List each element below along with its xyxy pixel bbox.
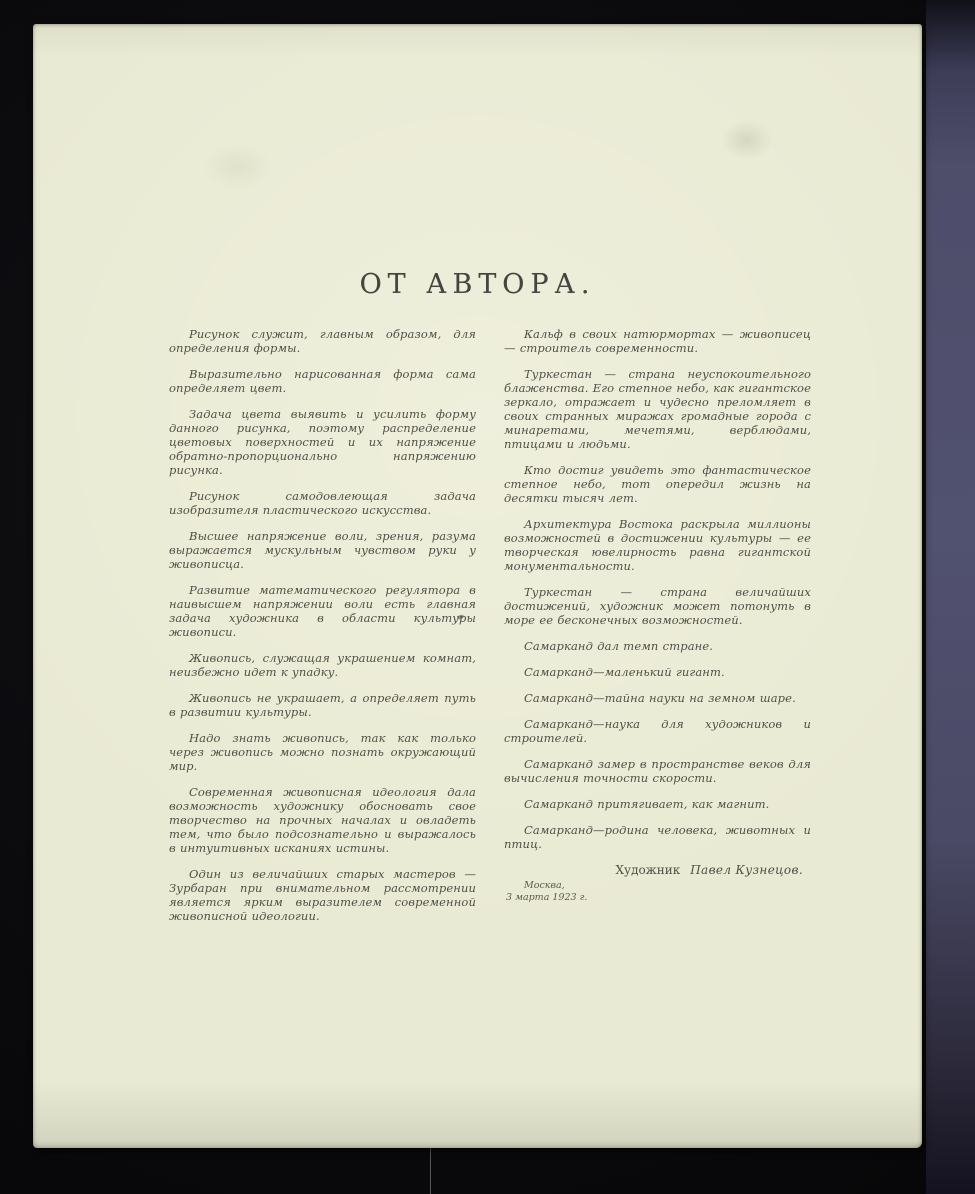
scanner-strip bbox=[926, 0, 975, 1194]
paragraph: Самарканд замер в пространстве веков для… bbox=[504, 757, 811, 785]
scan-backdrop: ОТ АВТОРА. Рисунок служит, главным образ… bbox=[0, 0, 975, 1194]
paper-stain bbox=[721, 120, 773, 160]
right-column: Кальф в своих натюрмортах — живописец — … bbox=[504, 327, 811, 935]
paragraph: Самарканд—наука для художников и строите… bbox=[504, 717, 811, 745]
right-column-paragraphs: Кальф в своих натюрмортах — живописец — … bbox=[504, 327, 811, 851]
paragraph: Самарканд—тайна науки на земном шаре. bbox=[504, 691, 811, 705]
author-signature: ХудожникПавел Кузнецов. bbox=[504, 863, 811, 877]
paper-stain bbox=[203, 144, 273, 190]
page-title: ОТ АВТОРА. bbox=[33, 269, 922, 300]
colophon-date: 3 марта 1923 г. bbox=[506, 892, 811, 904]
paragraph: Надо знать живопись, так как только чере… bbox=[169, 731, 476, 773]
colophon: Москва, 3 марта 1923 г. bbox=[506, 880, 811, 903]
paragraph: Рисунок самодовлеющая задача изобразител… bbox=[169, 489, 476, 517]
paragraph: Самарканд—маленький гигант. bbox=[504, 665, 811, 679]
paragraph: Живопись не украшает, а определяет путь … bbox=[169, 691, 476, 719]
paragraph: Рисунок служит, главным образом, для опр… bbox=[169, 327, 476, 355]
paragraph: Туркестан — страна величайших достижений… bbox=[504, 585, 811, 627]
scan-artifact-line bbox=[430, 1148, 431, 1194]
text-columns: Рисунок служит, главным образом, для опр… bbox=[169, 327, 811, 935]
signature-name: Павел Кузнецов. bbox=[690, 863, 803, 877]
paragraph: Задача цвета выявить и усилить форму дан… bbox=[169, 407, 476, 477]
paragraph: Самарканд притягивает, как магнит. bbox=[504, 797, 811, 811]
paragraph: Один из величайших старых мастеров — Зур… bbox=[169, 867, 476, 923]
paragraph: Выразительно нарисованная форма сама опр… bbox=[169, 367, 476, 395]
paragraph: Самарканд—родина человека, животных и пт… bbox=[504, 823, 811, 851]
paragraph: Кто достиг увидеть это фантастическое ст… bbox=[504, 463, 811, 505]
colophon-city: Москва, bbox=[524, 880, 811, 892]
left-column: Рисунок служит, главным образом, для опр… bbox=[169, 327, 476, 935]
paragraph: Самарканд дал темп стране. bbox=[504, 639, 811, 653]
paragraph: Туркестан — страна неуспокоительного бла… bbox=[504, 367, 811, 451]
page: ОТ АВТОРА. Рисунок служит, главным образ… bbox=[33, 24, 922, 1148]
paragraph: Кальф в своих натюрмортах — живописец — … bbox=[504, 327, 811, 355]
paragraph: Живопись, служащая украшением комнат, не… bbox=[169, 651, 476, 679]
paragraph: Высшее напряжение воли, зрения, разума в… bbox=[169, 529, 476, 571]
signature-prefix: Художник bbox=[615, 863, 680, 877]
paragraph: Развитие математического регулятора в на… bbox=[169, 583, 476, 639]
paragraph: Архитектура Востока раскрыла миллионы во… bbox=[504, 517, 811, 573]
paragraph: Современная живописная идеология дала во… bbox=[169, 785, 476, 855]
